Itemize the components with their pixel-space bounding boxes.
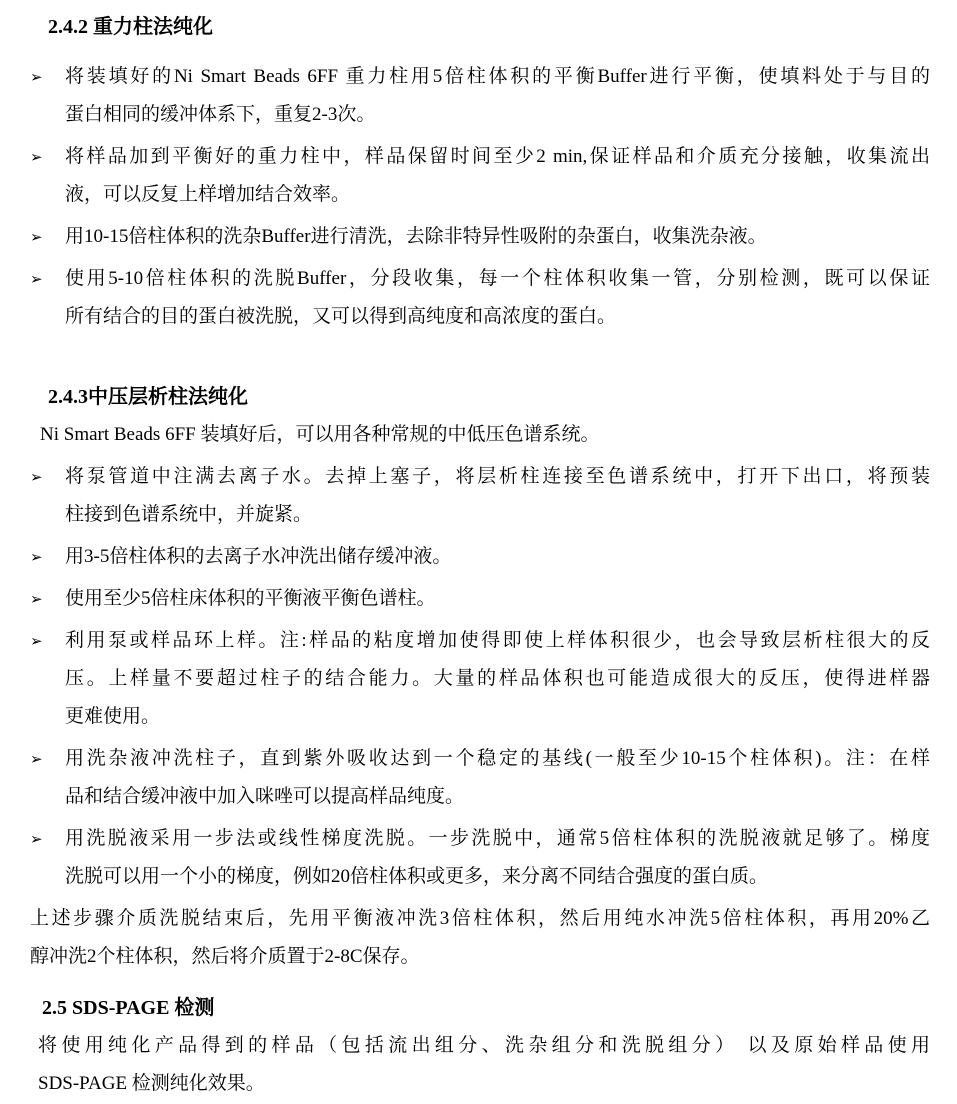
- arrow-bullet-icon: ➢: [30, 260, 65, 298]
- document-page: 2.4.2 重力柱法纯化 ➢ 将装填好的Ni Smart Beads 6FF 重…: [0, 0, 957, 1104]
- bullet-item: ➢ 将泵管道中注满去离子水。去掉上塞子，将层析柱连接至色谱系统中，打开下出口，将…: [30, 458, 930, 534]
- bullet-text: 将装填好的Ni Smart Beads 6FF 重力柱用5倍柱体积的平衡Buff…: [65, 58, 930, 134]
- bullet-item: ➢ 用10-15倍柱体积的洗杂Buffer进行清洗，去除非特异性吸附的杂蛋白，收…: [30, 218, 930, 256]
- arrow-bullet-icon: ➢: [30, 538, 65, 576]
- bullet-text: 利用泵或样品环上样。注:样品的粘度增加使得即使上样体积很少，也会导致层析柱很大的…: [65, 622, 930, 736]
- arrow-bullet-icon: ➢: [30, 138, 65, 176]
- text-line: 洗脱可以用一个小的梯度，例如20倍柱体积或更多，来分离不同结合强度的蛋白质。: [65, 858, 930, 896]
- text-line: 将泵管道中注满去离子水。去掉上塞子，将层析柱连接至色谱系统中，打开下出口，将预装: [65, 458, 930, 496]
- text-line: 利用泵或样品环上样。注:样品的粘度增加使得即使上样体积很少，也会导致层析柱很大的…: [65, 622, 930, 660]
- bullet-item: ➢ 利用泵或样品环上样。注:样品的粘度增加使得即使上样体积很少，也会导致层析柱很…: [30, 622, 930, 736]
- section-heading-2-5: 2.5 SDS-PAGE 检测: [42, 989, 930, 1027]
- bullet-text: 将泵管道中注满去离子水。去掉上塞子，将层析柱连接至色谱系统中，打开下出口，将预装…: [65, 458, 930, 534]
- arrow-bullet-icon: ➢: [30, 622, 65, 660]
- text-line: 更难使用。: [65, 698, 930, 736]
- section-heading-2-4-3: 2.4.3中压层析柱法纯化: [48, 378, 930, 416]
- bullet-text: 用3-5倍柱体积的去离子水冲洗出储存缓冲液。: [65, 538, 930, 576]
- bullet-item: ➢ 将装填好的Ni Smart Beads 6FF 重力柱用5倍柱体积的平衡Bu…: [30, 58, 930, 134]
- bullet-text: 用洗杂液冲洗柱子，直到紫外吸收达到一个稳定的基线(一般至少10-15个柱体积)。…: [65, 740, 930, 816]
- text-line: 用洗杂液冲洗柱子，直到紫外吸收达到一个稳定的基线(一般至少10-15个柱体积)。…: [65, 740, 930, 778]
- bullet-item: ➢ 使用5-10倍柱体积的洗脱Buffer，分段收集，每一个柱体积收集一管，分别…: [30, 260, 930, 336]
- text-line: 将样品加到平衡好的重力柱中，样品保留时间至少2 min,保证样品和介质充分接触，…: [65, 138, 930, 176]
- bullet-item: ➢ 用3-5倍柱体积的去离子水冲洗出储存缓冲液。: [30, 538, 930, 576]
- text-line: 蛋白相同的缓冲体系下，重复2-3次。: [65, 96, 930, 134]
- bullet-text: 使用5-10倍柱体积的洗脱Buffer，分段收集，每一个柱体积收集一管，分别检测…: [65, 260, 930, 336]
- text-line: 将装填好的Ni Smart Beads 6FF 重力柱用5倍柱体积的平衡Buff…: [65, 58, 930, 96]
- bullet-item: ➢ 用洗杂液冲洗柱子，直到紫外吸收达到一个稳定的基线(一般至少10-15个柱体积…: [30, 740, 930, 816]
- bullet-text: 使用至少5倍柱床体积的平衡液平衡色谱柱。: [65, 580, 930, 618]
- bullet-list-gravity-column: ➢ 将装填好的Ni Smart Beads 6FF 重力柱用5倍柱体积的平衡Bu…: [30, 58, 930, 336]
- arrow-bullet-icon: ➢: [30, 740, 65, 778]
- text-line: 使用至少5倍柱床体积的平衡液平衡色谱柱。: [65, 580, 930, 618]
- bullet-text: 将样品加到平衡好的重力柱中，样品保留时间至少2 min,保证样品和介质充分接触，…: [65, 138, 930, 214]
- sds-page-paragraph: 将使用纯化产品得到的样品（包括流出组分、洗杂组分和洗脱组分） 以及原始样品使用 …: [38, 1027, 930, 1103]
- text-line: 压。上样量不要超过柱子的结合能力。大量的样品体积也可能造成很大的反压，使得进样器: [65, 660, 930, 698]
- bullet-item: ➢ 将样品加到平衡好的重力柱中，样品保留时间至少2 min,保证样品和介质充分接…: [30, 138, 930, 214]
- arrow-bullet-icon: ➢: [30, 58, 65, 96]
- text-line: 上述步骤介质洗脱结束后，先用平衡液冲洗3倍柱体积，然后用纯水冲洗5倍柱体积，再用…: [30, 900, 930, 938]
- arrow-bullet-icon: ➢: [30, 820, 65, 858]
- section-heading-2-4-2: 2.4.2 重力柱法纯化: [48, 8, 930, 46]
- arrow-bullet-icon: ➢: [30, 580, 65, 618]
- text-line: 品和结合缓冲液中加入咪唑可以提高样品纯度。: [65, 778, 930, 816]
- text-line: 所有结合的目的蛋白被洗脱，又可以得到高纯度和高浓度的蛋白。: [65, 298, 930, 336]
- section-intro-paragraph: Ni Smart Beads 6FF 装填好后，可以用各种常规的中低压色谱系统。: [40, 416, 930, 454]
- bullet-list-medium-pressure-column: ➢ 将泵管道中注满去离子水。去掉上塞子，将层析柱连接至色谱系统中，打开下出口，将…: [30, 458, 930, 896]
- text-line: 柱接到色谱系统中，并旋紧。: [65, 496, 930, 534]
- text-line: 醇冲洗2个柱体积，然后将介质置于2-8C保存。: [30, 938, 930, 976]
- bullet-item: ➢ 使用至少5倍柱床体积的平衡液平衡色谱柱。: [30, 580, 930, 618]
- text-line: 用10-15倍柱体积的洗杂Buffer进行清洗，去除非特异性吸附的杂蛋白，收集洗…: [65, 218, 930, 256]
- arrow-bullet-icon: ➢: [30, 218, 65, 256]
- text-line: 用洗脱液采用一步法或线性梯度洗脱。一步洗脱中，通常5倍柱体积的洗脱液就足够了。梯…: [65, 820, 930, 858]
- bullet-text: 用洗脱液采用一步法或线性梯度洗脱。一步洗脱中，通常5倍柱体积的洗脱液就足够了。梯…: [65, 820, 930, 896]
- text-line: SDS-PAGE 检测纯化效果。: [38, 1065, 930, 1103]
- text-line: 用3-5倍柱体积的去离子水冲洗出储存缓冲液。: [65, 538, 930, 576]
- arrow-bullet-icon: ➢: [30, 458, 65, 496]
- bullet-item: ➢ 用洗脱液采用一步法或线性梯度洗脱。一步洗脱中，通常5倍柱体积的洗脱液就足够了…: [30, 820, 930, 896]
- text-line: 将使用纯化产品得到的样品（包括流出组分、洗杂组分和洗脱组分） 以及原始样品使用: [38, 1027, 930, 1065]
- text-line: 使用5-10倍柱体积的洗脱Buffer，分段收集，每一个柱体积收集一管，分别检测…: [65, 260, 930, 298]
- closing-paragraph: 上述步骤介质洗脱结束后，先用平衡液冲洗3倍柱体积，然后用纯水冲洗5倍柱体积，再用…: [30, 900, 930, 976]
- bullet-text: 用10-15倍柱体积的洗杂Buffer进行清洗，去除非特异性吸附的杂蛋白，收集洗…: [65, 218, 930, 256]
- text-line: 液，可以反复上样增加结合效率。: [65, 176, 930, 214]
